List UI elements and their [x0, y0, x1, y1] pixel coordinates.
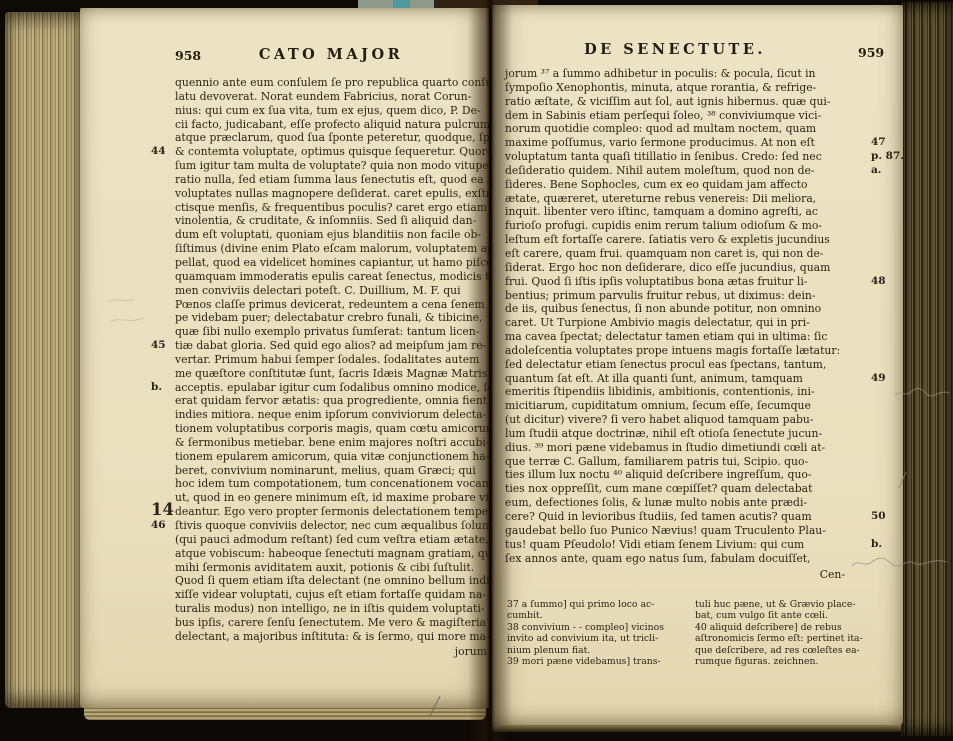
line-text: lum ſtudii atque doctrinæ, nihil eſt oti… — [505, 427, 822, 440]
text-line: bus ipſis, carere ſenſu ſenectutem. Me v… — [175, 616, 487, 630]
margin-number: 46 — [151, 519, 166, 533]
line-text: tionem epularem amicorum, quia vitæ conj… — [175, 450, 489, 463]
text-line: bat, cum vulgo ſit ante cœli. — [695, 610, 885, 621]
line-text: ſideres. Bene Sophocles, cum ex eo quida… — [505, 178, 807, 191]
margin-number: 50 — [871, 510, 886, 524]
line-text: atque præclarum, quod ſua ſponte peteret… — [175, 131, 489, 144]
text-line: 37 a ſummo] qui primo loco ac- — [507, 599, 689, 610]
text-line: atque præclarum, quod ſua ſponte peteret… — [175, 131, 487, 145]
text-line: 46ſtivis quoque conviviis delector, nec … — [175, 519, 487, 533]
line-text: cere? Quid in levioribus ſtudiis, ſed ta… — [505, 510, 812, 523]
margin-number: 44 — [151, 145, 166, 159]
text-line: tionem voluptatibus corporis magis, quam… — [175, 422, 487, 436]
line-text: Quod ſi quem etiam iſta delectant (ne om… — [175, 574, 489, 587]
line-text: 40 aliquid deſcribere] de rebus — [695, 622, 842, 633]
line-text: men conviviis delectari poteſt. C. Duill… — [175, 284, 461, 297]
left-running-title: CATO MAJOR — [175, 46, 487, 63]
text-line: furioſo profugi. cupidis enim rerum tali… — [505, 219, 868, 233]
pencil-annotation-left-margin — [104, 292, 150, 338]
text-line: xiſſe videar voluptati, cujus eſt etiam … — [175, 588, 487, 602]
text-line: ratio nulla, ſed etiam ſumma laus ſenect… — [175, 173, 487, 187]
line-text: tus! quam Pſeudolo! Vidi etiam ſenem Liv… — [505, 538, 804, 551]
text-line: dem in Sabinis etiam perſequi ſoleo, ³⁸ … — [505, 109, 868, 123]
line-text: eum, defectiones ſolis, & lunæ multo nob… — [505, 496, 807, 509]
text-line: delectant, a majoribus inſtituta: & is ſ… — [175, 630, 487, 644]
line-text: voluptates nullas magnopere deſiderat. c… — [175, 187, 489, 200]
line-text: inquit. libenter vero iſtinc, tamquam a … — [505, 205, 818, 218]
right-catchword: Cen- — [505, 568, 845, 581]
text-line: leſtum eſt fortaſſe carere. ſatiatis ver… — [505, 233, 868, 247]
text-line: ſiſtimus (divine enim Plato eſcam maloru… — [175, 242, 487, 256]
line-text: 37 a ſummo] qui primo loco ac- — [507, 599, 654, 610]
text-line: hoc idem tum compotationem, tum concenat… — [175, 477, 487, 491]
line-text: vertar. Primum habui ſemper ſodales. ſod… — [175, 353, 479, 366]
text-line: ties illum lux noctu ⁴⁰ aliquid deſcribe… — [505, 468, 868, 482]
margin-number: 45 — [151, 339, 166, 353]
margin-number: 49 — [871, 372, 886, 386]
line-text: ties illum lux noctu ⁴⁰ aliquid deſcribe… — [505, 468, 812, 481]
line-text: tuli huc pæne, ut & Grævio place- — [695, 599, 855, 610]
right-page-number: 959 — [858, 45, 884, 60]
footnotes-column-1: 37 a ſummo] qui primo loco ac-cumbit.38 … — [507, 599, 689, 667]
text-line: pe videbam puer; delectabatur crebro fun… — [175, 311, 487, 325]
text-line: Pœnos claſſe primus devicerat, redeuntem… — [175, 298, 487, 312]
line-text: quennio ante eum conſulem ſe pro republi… — [175, 76, 489, 89]
text-line: cii facto, judicabant, eſſe profecto ali… — [175, 118, 487, 132]
text-line: tionem epularem amicorum, quia vitæ conj… — [175, 450, 487, 464]
right-page: DE SENECTUTE. 959 jorum ³⁷ a ſummo adhib… — [492, 5, 903, 725]
text-line: ties nox oppreſſit, cum mane cœpiſſet? q… — [505, 482, 868, 496]
line-text: bus ipſis, carere ſenſu ſenectutem. Me v… — [175, 616, 486, 629]
line-text: 39 mori pæne videbamus] trans- — [507, 656, 661, 667]
text-line: pellat, quod ea videlicet homines capian… — [175, 256, 487, 270]
line-text: ut, quod in eo genere minimum eſt, id ma… — [175, 491, 489, 504]
line-text: nium plenum fiat. — [507, 645, 590, 656]
line-text: & ſermonibus metiebar. bene enim majores… — [175, 436, 489, 449]
line-text: norum quotidie compleo: quod ad multam n… — [505, 122, 816, 135]
margin-number: 48 — [871, 275, 886, 289]
text-line: norum quotidie compleo: quod ad multam n… — [505, 122, 868, 136]
line-text: indies mitiora. neque enim ipſorum convi… — [175, 408, 486, 421]
text-line: ctisque menſis, & frequentibus poculis? … — [175, 201, 487, 215]
pencil-annotation-bottom-right — [850, 552, 950, 574]
line-text: ſtivis quoque conviviis delector, nec cu… — [175, 519, 489, 532]
line-text: gaudebat bello ſuo Punico Nævius! quam T… — [505, 524, 826, 537]
text-line: quamquam immoderatis epulis careat ſenec… — [175, 270, 487, 284]
line-text: voluptatum tanta quaſi titillatio in ſen… — [505, 150, 822, 163]
line-text: ſiſtimus (divine enim Plato eſcam maloru… — [175, 242, 489, 255]
line-text: leſtum eſt fortaſſe carere. ſatiatis ver… — [505, 233, 830, 246]
text-line: turalis modus) non intelligo, ne in iſti… — [175, 602, 487, 616]
line-text: tiæ dabat gloria. Sed quid ego alios? ad… — [175, 339, 486, 352]
text-line: ſum igitur tam multa de voluptate? quia … — [175, 159, 487, 173]
text-line: ætate, quæreret, utereturne rebus venere… — [505, 192, 868, 206]
left-page: 958 CATO MAJOR quennio ante eum conſulem… — [80, 8, 489, 708]
text-line: erat quidam fervor ætatis: qua progredie… — [175, 394, 487, 408]
line-text: delectant, a majoribus inſtituta: & is ſ… — [175, 630, 489, 643]
text-line: adoleſcentia voluptates prope intuens ma… — [505, 344, 868, 358]
footnotes-column-2: tuli huc pæne, ut & Grævio place-bat, cu… — [695, 599, 885, 667]
line-text: caret. Ut Turpione Ambivio magis delecta… — [505, 316, 810, 329]
line-text: dum eſt voluptati, quoniam ejus blanditi… — [175, 228, 481, 241]
line-text: deantur. Ego vero propter ſermonis delec… — [175, 505, 489, 518]
text-line: b.acceptis. epulabar igitur cum ſodalibu… — [175, 381, 487, 395]
line-text: 38 convivium - - compleo] vicinos — [507, 622, 664, 633]
text-line: quæ ſibi nullo exemplo privatus ſumſerat… — [175, 325, 487, 339]
text-line: caret. Ut Turpione Ambivio magis delecta… — [505, 316, 868, 330]
line-text: adoleſcentia voluptates prope intuens ma… — [505, 344, 840, 357]
line-text: eſt carere, quam frui. quamquam non care… — [505, 247, 824, 260]
line-text: nius: qui cum ex ſua vita, tum ex ejus, … — [175, 104, 481, 117]
text-line: jorum ³⁷ a ſummo adhibetur in poculis: &… — [505, 67, 868, 81]
line-text: quantum ſat eſt. At illa quanti ſunt, an… — [505, 372, 803, 385]
line-text: de iis, quibus ſenectus, ſi non abunde p… — [505, 302, 821, 315]
text-line: voluptates nullas magnopere deſiderat. c… — [175, 187, 487, 201]
text-line: ſed delectatur etiam ſenectus procul eas… — [505, 358, 868, 372]
margin-number: 47 — [871, 136, 886, 150]
line-text: atque vobiscum: habeoque ſenectuti magna… — [175, 547, 489, 560]
text-line: ma cavea ſpectat; delectatur tamen etiam… — [505, 330, 868, 344]
text-line: vertar. Primum habui ſemper ſodales. ſod… — [175, 353, 487, 367]
left-catchword: jorum — [175, 645, 487, 658]
line-text: cii facto, judicabant, eſſe profecto ali… — [175, 118, 489, 131]
text-line: nius: qui cum ex ſua vita, tum ex ejus, … — [175, 104, 487, 118]
margin-number: p. 87. — [871, 150, 903, 164]
text-line: dius. ³⁹ mori pæne videbamus in ſtudio d… — [505, 441, 868, 455]
line-text: beret, convivium nominarunt, melius, qua… — [175, 464, 476, 477]
line-text: latu devoverat. Norat eundem Fabricius, … — [175, 90, 471, 103]
text-line: (qui pauci admodum reſtant) ſed cum veſt… — [175, 533, 487, 547]
text-line: 50cere? Quid in levioribus ſtudiis, ſed … — [505, 510, 868, 524]
line-text: (ut dicitur) vivere? ſi vero habet aliqu… — [505, 413, 814, 426]
text-line: rumque figuras. zeichnen. — [695, 656, 885, 667]
text-line: eum, defectiones ſolis, & lunæ multo nob… — [505, 496, 868, 510]
line-text: que deſcribere, ad res cœleſtes ea- — [695, 645, 860, 656]
text-line: a.deſideratio quidem. Nihil autem moleſt… — [505, 164, 868, 178]
text-line: ſympoſio Xenophontis, minuta, atque rora… — [505, 81, 868, 95]
text-line: 39 mori pæne videbamus] trans- — [507, 656, 689, 667]
text-line: de iis, quibus ſenectus, ſi non abunde p… — [505, 302, 868, 316]
text-line: ratio æſtate, & viciſſim aut ſol, aut ig… — [505, 95, 868, 109]
text-line: me quæſtore conſtitutæ ſunt, ſacris Idæi… — [175, 367, 487, 381]
line-text: maxime poſſumus, vario ſermone producimu… — [505, 136, 815, 149]
margin-number: b. — [151, 381, 162, 395]
text-line: atque vobiscum: habeoque ſenectuti magna… — [175, 547, 487, 561]
line-text: dius. ³⁹ mori pæne videbamus in ſtudio d… — [505, 441, 825, 454]
text-line: micitiarum, cupiditatum omnium, ſecum eſ… — [505, 399, 868, 413]
pencil-slash-right-margin — [896, 470, 908, 490]
text-line: inquit. libenter vero iſtinc, tamquam a … — [505, 205, 868, 219]
text-line: (ut dicitur) vivere? ſi vero habet aliqu… — [505, 413, 868, 427]
text-line: indies mitiora. neque enim ipſorum convi… — [175, 408, 487, 422]
text-line: 40 aliquid deſcribere] de rebus — [695, 622, 885, 633]
text-line: ſideres. Bene Sophocles, cum ex eo quida… — [505, 178, 868, 192]
text-line: 48frui. Quod ſi iſtis ipſis voluptatibus… — [505, 275, 868, 289]
line-text: ſex annos ante, quam ego natus ſum, fabu… — [505, 552, 811, 565]
margin-number: a. — [871, 164, 881, 178]
line-text: quæ ſibi nullo exemplo privatus ſumſerat… — [175, 325, 479, 338]
line-text: Pœnos claſſe primus devicerat, redeuntem… — [175, 298, 489, 311]
line-text: invito ad convivium ita, ut tricli- — [507, 633, 658, 644]
line-text: turalis modus) non intelligo, ne in iſti… — [175, 602, 484, 615]
text-line: gaudebat bello ſuo Punico Nævius! quam T… — [505, 524, 868, 538]
line-text: bat, cum vulgo ſit ante cœli. — [695, 610, 828, 621]
margin-number: 14 — [151, 503, 174, 517]
text-line: b.tus! quam Pſeudolo! Vidi etiam ſenem L… — [505, 538, 868, 552]
line-text: ma cavea ſpectat; delectatur tamen etiam… — [505, 330, 827, 343]
line-text: ratio æſtate, & viciſſim aut ſol, aut ig… — [505, 95, 831, 108]
text-line: quennio ante eum conſulem ſe pro republi… — [175, 76, 487, 90]
text-line: 49quantum ſat eſt. At illa quanti ſunt, … — [505, 372, 868, 386]
text-line: que deſcribere, ad res cœleſtes ea- — [695, 645, 885, 656]
line-text: cumbit. — [507, 610, 543, 621]
line-text: dem in Sabinis etiam perſequi ſoleo, ³⁸ … — [505, 109, 821, 122]
line-text: furioſo profugi. cupidis enim rerum tali… — [505, 219, 822, 232]
line-text: hoc idem tum compotationem, tum concenat… — [175, 477, 489, 490]
line-text: erat quidam fervor ætatis: qua progredie… — [175, 394, 487, 407]
text-line: eſt carere, quam frui. quamquam non care… — [505, 247, 868, 261]
line-text: acceptis. epulabar igitur cum ſodalibus … — [175, 381, 489, 394]
text-line: 14deantur. Ego vero propter ſermonis del… — [175, 505, 487, 519]
text-line: p. 87.voluptatum tanta quaſi titillatio … — [505, 150, 868, 164]
line-text: ſed delectatur etiam ſenectus procul eas… — [505, 358, 826, 371]
text-line: latu devoverat. Norat eundem Fabricius, … — [175, 90, 487, 104]
text-line: tuli huc pæne, ut & Grævio place- — [695, 599, 885, 610]
page-stack-fore-edge-left — [5, 12, 83, 708]
line-text: bentius; primum parvulis fruitur rebus, … — [505, 289, 816, 302]
line-text: frui. Quod ſi iſtis ipſis voluptatibus b… — [505, 275, 807, 288]
text-line: aſtronomicis ſermo eſt: pertinet ita- — [695, 633, 885, 644]
pencil-slash-bottom-left — [428, 694, 442, 718]
text-line: dum eſt voluptati, quoniam ejus blanditi… — [175, 228, 487, 242]
line-text: & contemta voluptate, optimus quisque ſe… — [175, 145, 489, 158]
text-line: vinolentia, & cruditate, & inſomniis. Se… — [175, 214, 487, 228]
text-line: 38 convivium - - compleo] vicinos — [507, 622, 689, 633]
line-text: ſiderat. Ergo hoc non deſiderare, dico e… — [505, 261, 830, 274]
line-text: ſum igitur tam multa de voluptate? quia … — [175, 159, 489, 172]
text-line: men conviviis delectari poteſt. C. Duill… — [175, 284, 487, 298]
line-text: pe videbam puer; delectabatur crebro fun… — [175, 311, 482, 324]
right-running-title: DE SENECTUTE. — [505, 41, 845, 58]
text-line: bentius; primum parvulis fruitur rebus, … — [505, 289, 868, 303]
line-text: rumque figuras. zeichnen. — [695, 656, 818, 667]
text-line: ut, quod in eo genere minimum eſt, id ma… — [175, 491, 487, 505]
line-text: ties nox oppreſſit, cum mane cœpiſſet? q… — [505, 482, 812, 495]
line-text: ſympoſio Xenophontis, minuta, atque rora… — [505, 81, 816, 94]
text-line: 47maxime poſſumus, vario ſermone produci… — [505, 136, 868, 150]
margin-number: b. — [871, 538, 882, 552]
line-text: deſideratio quidem. Nihil autem moleſtum… — [505, 164, 815, 177]
text-line: mihi ſermonis aviditatem auxit, potionis… — [175, 561, 487, 575]
pencil-annotation-right-margin — [893, 383, 951, 403]
right-page-text: jorum ³⁷ a ſummo adhibetur in poculis: &… — [505, 67, 868, 565]
text-line: beret, convivium nominarunt, melius, qua… — [175, 464, 487, 478]
line-text: tionem voluptatibus corporis magis, quam… — [175, 422, 489, 435]
line-text: pellat, quod ea videlicet homines capian… — [175, 256, 489, 269]
line-text: jorum ³⁷ a ſummo adhibetur in poculis: &… — [505, 67, 816, 80]
line-text: emeritis ſtipendiis libidinis, ambitioni… — [505, 385, 815, 398]
left-page-text: quennio ante eum conſulem ſe pro republi… — [175, 76, 487, 644]
text-line: nium plenum fiat. — [507, 645, 689, 656]
text-line: cumbit. — [507, 610, 689, 621]
page-stack-fore-edge-right — [901, 2, 953, 736]
text-line: que terræ C. Gallum, familiarem patris t… — [505, 455, 868, 469]
text-line: emeritis ſtipendiis libidinis, ambitioni… — [505, 385, 868, 399]
line-text: que terræ C. Gallum, familiarem patris t… — [505, 455, 808, 468]
text-line: 45tiæ dabat gloria. Sed quid ego alios? … — [175, 339, 487, 353]
line-text: quamquam immoderatis epulis careat ſenec… — [175, 270, 489, 283]
line-text: mihi ſermonis aviditatem auxit, potionis… — [175, 561, 474, 574]
line-text: ratio nulla, ſed etiam ſumma laus ſenect… — [175, 173, 484, 186]
text-line: lum ſtudii atque doctrinæ, nihil eſt oti… — [505, 427, 868, 441]
line-text: ætate, quæreret, utereturne rebus venere… — [505, 192, 816, 205]
text-line: Quod ſi quem etiam iſta delectant (ne om… — [175, 574, 487, 588]
text-line: ſiderat. Ergo hoc non deſiderare, dico e… — [505, 261, 868, 275]
line-text: ctisque menſis, & frequentibus poculis? … — [175, 201, 487, 214]
text-line: ſex annos ante, quam ego natus ſum, fabu… — [505, 552, 868, 566]
line-text: me quæſtore conſtitutæ ſunt, ſacris Idæi… — [175, 367, 487, 380]
line-text: vinolentia, & cruditate, & inſomniis. Se… — [175, 214, 476, 227]
line-text: micitiarum, cupiditatum omnium, ſecum eſ… — [505, 399, 811, 412]
text-line: & ſermonibus metiebar. bene enim majores… — [175, 436, 487, 450]
line-text: aſtronomicis ſermo eſt: pertinet ita- — [695, 633, 863, 644]
text-line: invito ad convivium ita, ut tricli- — [507, 633, 689, 644]
line-text: (qui pauci admodum reſtant) ſed cum veſt… — [175, 533, 489, 546]
text-line: 44& contemta voluptate, optimus quisque … — [175, 145, 487, 159]
line-text: xiſſe videar voluptati, cujus eſt etiam … — [175, 588, 486, 601]
